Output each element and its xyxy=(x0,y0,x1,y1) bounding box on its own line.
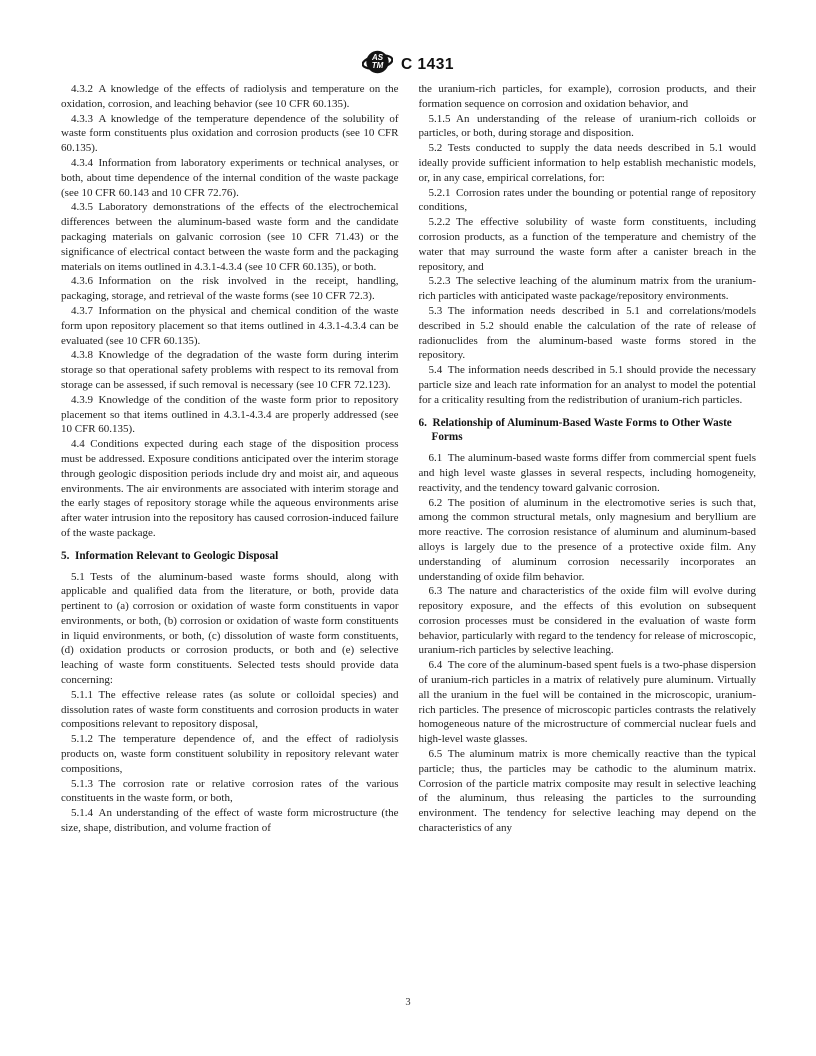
paragraph: 5.1.3 The corrosion rate or relative cor… xyxy=(61,777,399,807)
paragraph: 6.5 The aluminum matrix is more chemical… xyxy=(419,747,757,836)
page-number: 3 xyxy=(405,997,410,1008)
paragraph: 6.4 The core of the aluminum-based spent… xyxy=(419,658,757,747)
astm-logo-icon: AS TM xyxy=(362,48,393,81)
paragraph: 4.3.6 Information on the risk involved i… xyxy=(61,274,399,304)
paragraph: the uranium-rich particles, for example)… xyxy=(419,82,757,112)
paragraph: 5.1.4 An understanding of the effect of … xyxy=(61,806,399,836)
paragraph: 4.3.7 Information on the physical and ch… xyxy=(61,304,399,348)
paragraph: 4.3.5 Laboratory demonstrations of the e… xyxy=(61,200,399,274)
paragraph: 5.1.5 An understanding of the release of… xyxy=(419,112,757,142)
document-body: 4.3.2 A knowledge of the effects of radi… xyxy=(61,82,756,978)
paragraph: 4.3.9 Knowledge of the condition of the … xyxy=(61,393,399,437)
paragraph: 5.2.2 The effective solubility of waste … xyxy=(419,215,757,274)
paragraph: 5.1.2 The temperature dependence of, and… xyxy=(61,732,399,776)
document-header: AS TM C 1431 xyxy=(0,48,816,81)
paragraph: 6.1 The aluminum-based waste forms diffe… xyxy=(419,451,757,495)
paragraph: 5.2 Tests conducted to supply the data n… xyxy=(419,141,757,185)
paragraph: 6.3 The nature and characteristics of th… xyxy=(419,584,757,658)
paragraph: 4.3.4 Information from laboratory experi… xyxy=(61,156,399,200)
paragraph: 5.4 The information needs described in 5… xyxy=(419,363,757,407)
paragraph: 5.3 The information needs described in 5… xyxy=(419,304,757,363)
paragraph: 4.4 Conditions expected during each stag… xyxy=(61,437,399,541)
document-code: C 1431 xyxy=(401,56,454,74)
document-footer: 3 xyxy=(0,997,816,1008)
paragraph: 5.2.1 Corrosion rates under the bounding… xyxy=(419,186,757,216)
paragraph: 4.3.2 A knowledge of the effects of radi… xyxy=(61,82,399,112)
section-heading: 5. Information Relevant to Geologic Disp… xyxy=(61,549,399,564)
right-column: the uranium-rich particles, for example)… xyxy=(419,82,757,978)
left-column: 4.3.2 A knowledge of the effects of radi… xyxy=(61,82,399,978)
document-page: AS TM C 1431 4.3.2 A knowledge of the ef… xyxy=(0,0,816,1056)
paragraph: 4.3.3 A knowledge of the temperature dep… xyxy=(61,112,399,156)
paragraph: 5.1.1 The effective release rates (as so… xyxy=(61,688,399,732)
section-heading: 6. Relationship of Aluminum-Based Waste … xyxy=(419,416,757,446)
svg-text:TM: TM xyxy=(372,61,384,70)
paragraph: 5.2.3 The selective leaching of the alum… xyxy=(419,274,757,304)
paragraph: 6.2 The position of aluminum in the elec… xyxy=(419,496,757,585)
paragraph: 5.1 Tests of the aluminum-based waste fo… xyxy=(61,570,399,688)
paragraph: 4.3.8 Knowledge of the degradation of th… xyxy=(61,348,399,392)
